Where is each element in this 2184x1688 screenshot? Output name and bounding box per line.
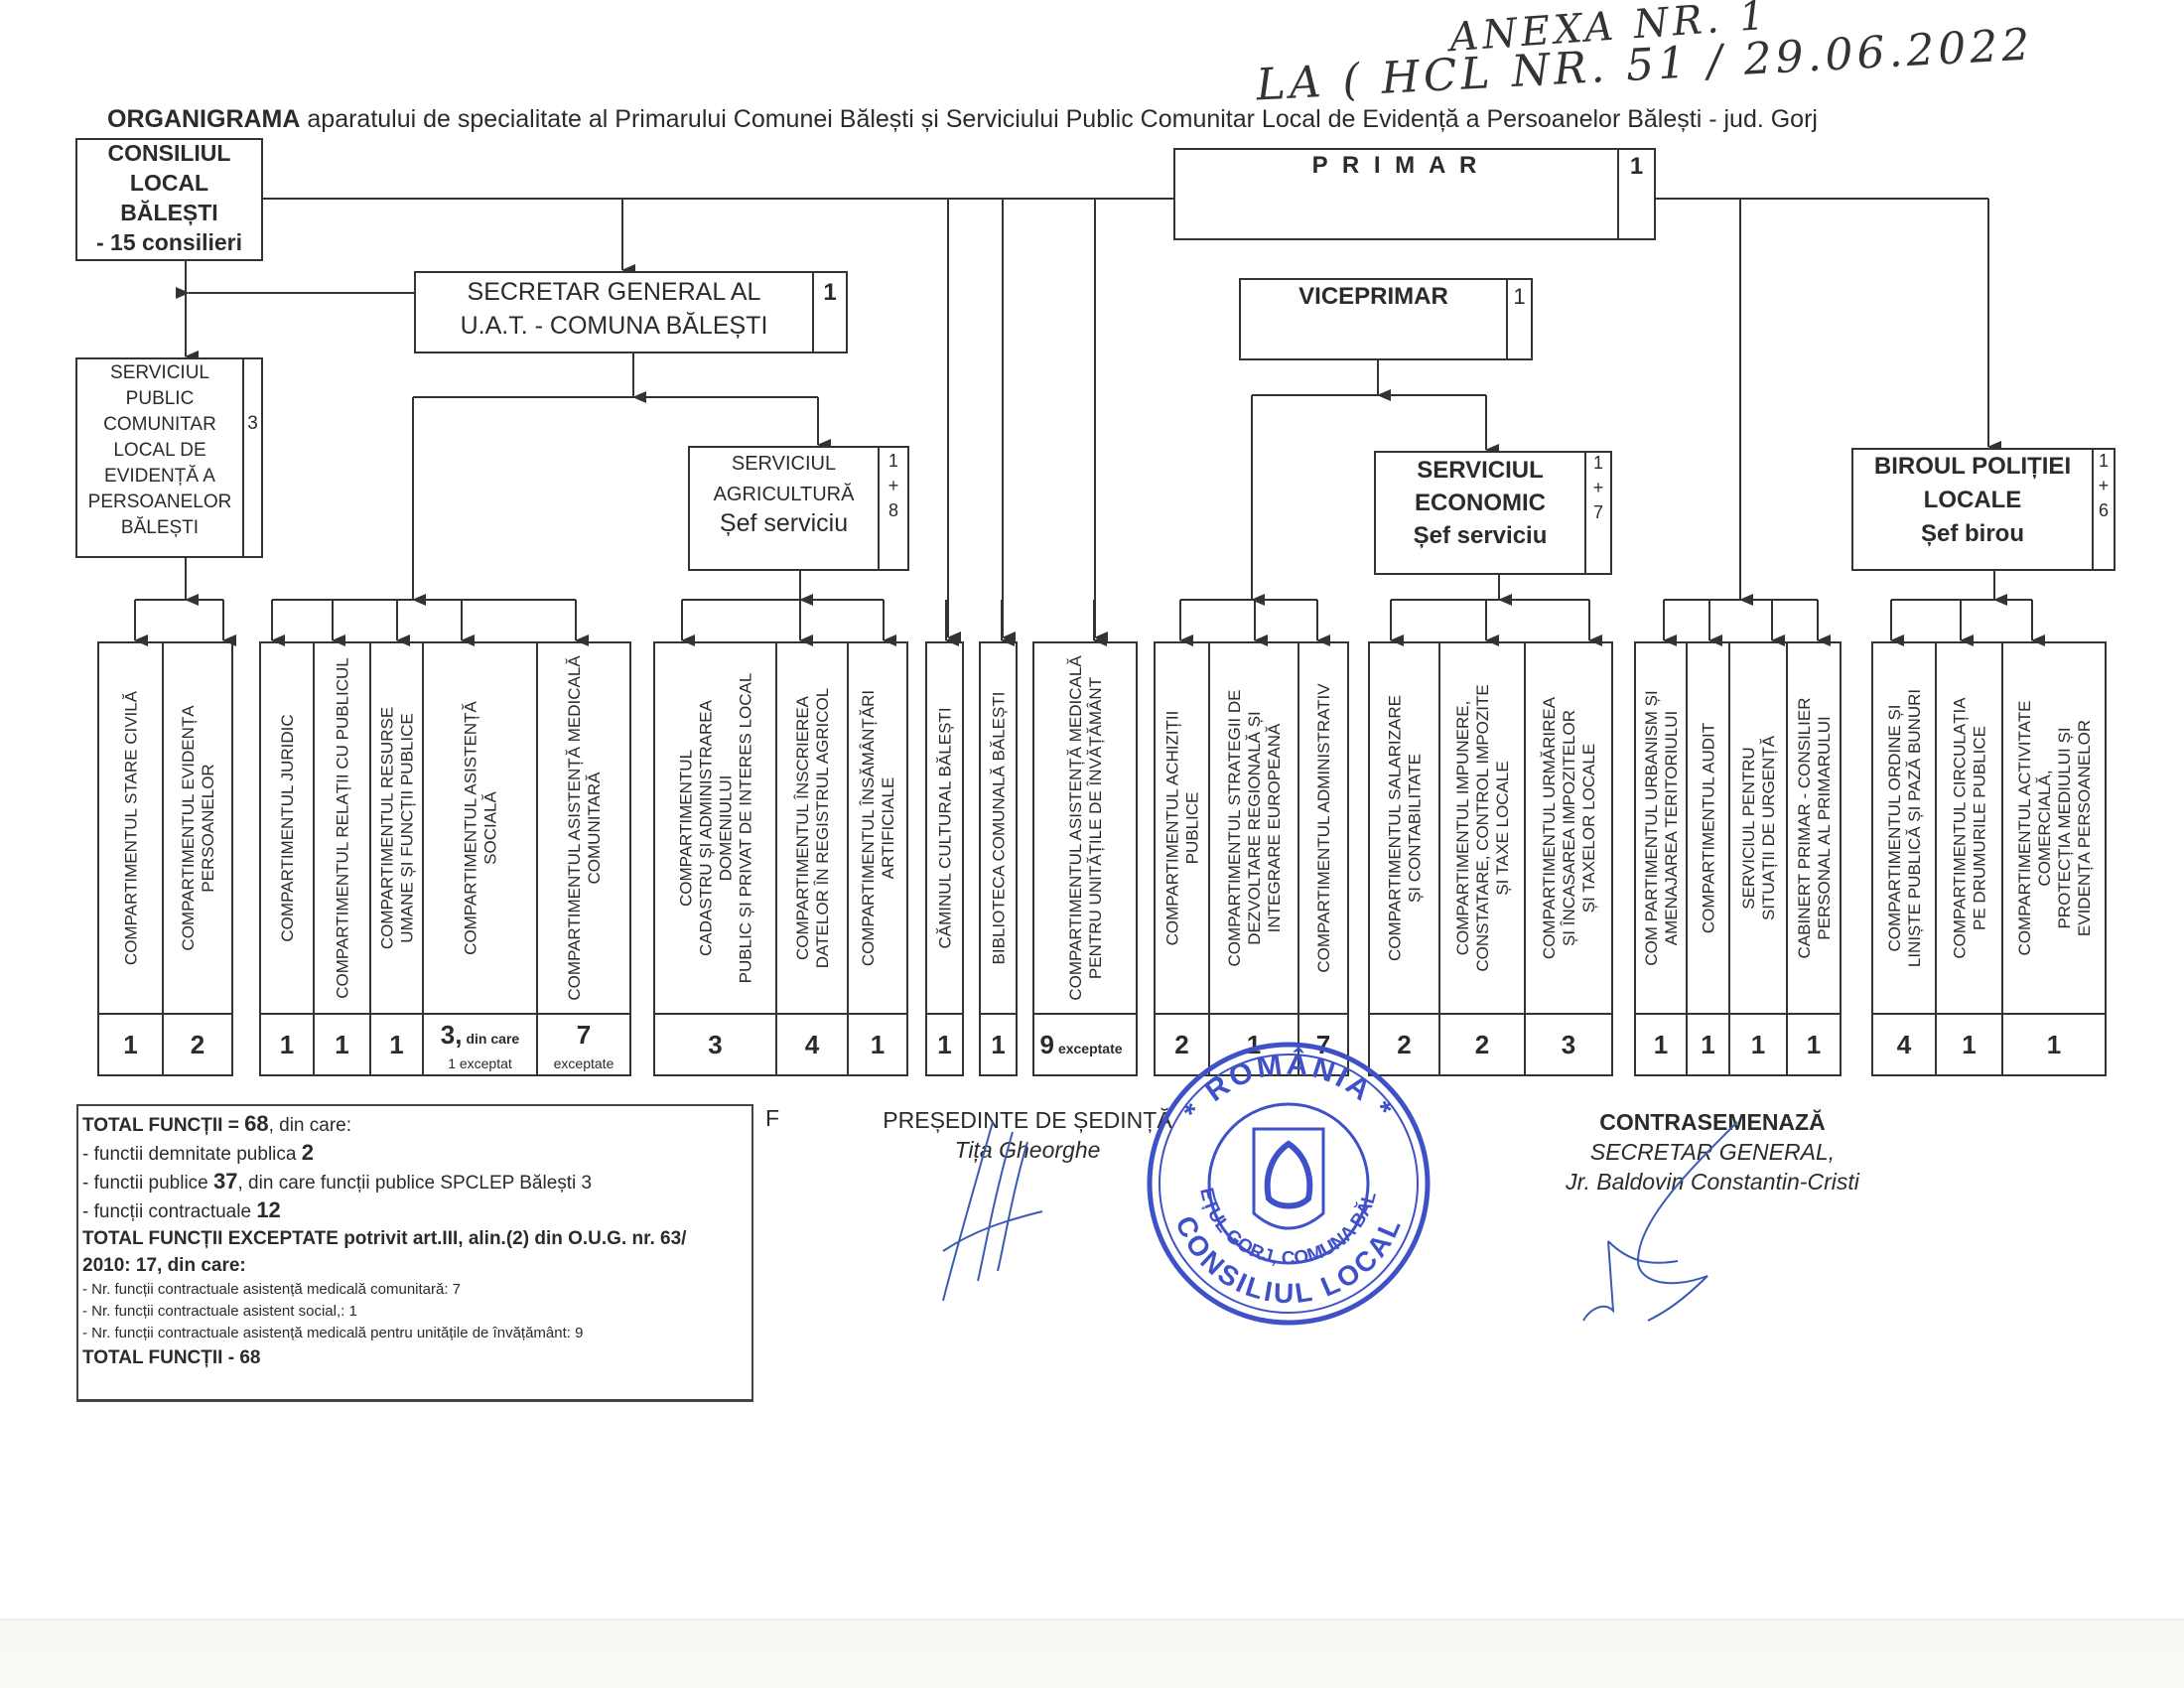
secretar-general-box-label: U.A.T. - COMUNA BĂLEȘTI [461, 311, 768, 340]
compartment-count: 1 [280, 1030, 294, 1059]
birou-politie-locale-box-count: 1 [2099, 451, 2109, 471]
compartment-group: COMPARTIMENTUL ASISTENȚĂ MEDICALĂPENTRU … [1033, 642, 1137, 1075]
serviciul-agricultura-box: SERVICIULAGRICULTURĂȘef serviciu1+8 [689, 447, 908, 570]
compartment-cell: COMPARTIMENTUL RELAȚII CU PUBLICUL1 [334, 657, 352, 1059]
compartment-note: exceptate [554, 1055, 614, 1071]
compartment-cell: COMPARTIMENTUL STARE CIVILĂ1 [122, 690, 141, 1059]
compartment-label: COMPARTIMENTUL RELAȚII CU PUBLICUL [334, 657, 352, 999]
compartment-label: COMPARTIMENTUL ORDINE ȘI [1885, 704, 1904, 951]
compartment-count: 1 [1751, 1030, 1765, 1059]
serviciul-economic-box-label: ECONOMIC [1415, 490, 1546, 516]
viceprimar-box-count: 1 [1513, 284, 1525, 309]
serviciul-agricultura-box-count: 8 [888, 500, 898, 520]
spclep-box: SERVICIULPUBLICCOMUNITARLOCAL DEEVIDENȚĂ… [76, 358, 262, 557]
compartment-cell: COMPARTIMENTUL ACTIVITATECOMERCIALĂ,PROT… [2015, 701, 2094, 1059]
viceprimar-box: VICEPRIMAR1 [1240, 279, 1532, 359]
compartment-label: DEZVOLTARE REGIONALĂ ȘI [1245, 711, 1264, 945]
totals-line-final: TOTAL FUNCȚII - 68 [82, 1344, 748, 1371]
compartment-label: COMERCIALĂ, [2035, 770, 2054, 886]
spclep-box-label: EVIDENȚĂ A [104, 466, 215, 487]
compartment-label: ȘI CONTABILITATE [1406, 754, 1425, 903]
totals-line-exceptate: TOTAL FUNCȚII EXCEPTATE potrivit art.III… [82, 1225, 748, 1252]
compartment-cell: COMPARTIMENTUL CIRCULAȚIAPE DRUMURILE PU… [1951, 697, 1989, 1059]
compartment-cell: COMPARTIMENTUL IMPUNERE,CONSTATARE, CONT… [1453, 684, 1512, 1059]
compartment-cell: COMPARTIMENTUL STRATEGII DEDEZVOLTARE RE… [1225, 690, 1284, 1059]
compartment-label: COMPARTIMENTUL ÎNSĂMÂNȚĂRI [859, 690, 878, 966]
compartment-count: 1 [937, 1030, 951, 1059]
birou-politie-locale-box-count: 6 [2099, 500, 2109, 520]
compartment-label: COMPARTIMENTUL CIRCULAȚIA [1951, 697, 1970, 959]
compartment-group: COMPARTIMENTUL ACHIZIȚIIPUBLICE2COMPARTI… [1155, 642, 1348, 1075]
birou-politie-locale-box-label: LOCALE [1924, 487, 2022, 513]
scan-bottom-edge [0, 1618, 2184, 1688]
birou-politie-locale-box-count: + [2099, 476, 2110, 495]
secretar-general-box: SECRETAR GENERAL ALU.A.T. - COMUNA BĂLEȘ… [415, 272, 847, 352]
compartment-label: SOCIALĂ [481, 790, 500, 864]
consiliu-local-box-label: CONSILIUL [108, 140, 231, 166]
compartment-label: CONSTATARE, CONTROL IMPOZITE [1473, 684, 1492, 971]
compartment-count: 1 [991, 1030, 1005, 1059]
spclep-box-label: PERSOANELOR [88, 492, 232, 512]
compartment-label: CABINERT PRIMAR - CONSILIER [1795, 698, 1814, 959]
compartment-note: 1 exceptat [448, 1055, 512, 1071]
spclep-box-count: 3 [247, 413, 258, 434]
compartment-cell: COMPARTIMENTUL ÎNSCRIEREADATELOR ÎN REGI… [793, 688, 832, 1059]
totals-line-exceptate-cont: 2010: 17, din care: [82, 1252, 748, 1279]
compartment-count: 2 [1475, 1030, 1489, 1059]
compartment-cell: COMPARTIMENTUL ACHIZIȚIIPUBLICE2 [1163, 711, 1202, 1059]
compartment-count: 1 [2047, 1030, 2061, 1059]
org-chart: CONSILIULLOCALBĂLEȘTI- 15 consilieriP R … [0, 0, 2184, 1688]
president-signature-icon [933, 1112, 1072, 1311]
compartment-cell: BIBLIOTECA COMUNALĂ BĂLEȘTI1 [990, 692, 1009, 1059]
compartment-cell: COMPARTIMENTUL URMĂRIREAȘI ÎNCASAREA IMP… [1540, 696, 1598, 1059]
compartment-cell: COMPARTIMENTUL EVIDENȚAPERSOANELOR2 [179, 705, 217, 1059]
compartment-label: ȘI ÎNCASAREA IMPOZITELOR [1560, 710, 1578, 946]
compartment-count: 2 [191, 1030, 205, 1059]
spclep-box-label: COMUNITAR [103, 414, 216, 435]
compartment-count: 1 [1654, 1030, 1668, 1059]
compartment-label: COMPARTIMENTUL EVIDENȚA [179, 705, 198, 951]
compartment-label: COMPARTIMENTUL STRATEGII DE [1225, 690, 1244, 967]
compartment-count: 1 [335, 1030, 348, 1059]
compartment-cell: CĂMINUL CULTURAL BĂLEȘTI1 [936, 707, 955, 1059]
compartment-label: COMPARTIMENTUL STARE CIVILĂ [122, 690, 141, 965]
compartment-count: 3 [708, 1030, 722, 1059]
compartment-cell: COMPARTIMENTUL ADMINISTRATIV7 [1314, 683, 1333, 1059]
organigram-page: ANEXA NR. 1 LA ( HCL NR. 51 / 29.06.2022… [0, 0, 2184, 1688]
totals-line-publice: - functii publice 37, din care funcții p… [82, 1168, 748, 1196]
compartment-label: SERVICIUL PENTRU [1739, 747, 1758, 909]
compartment-label: COMPARTIMENTUL ASISTENȚĂ [462, 701, 480, 955]
totals-line-as: - Nr. funcții contractuale asistent soci… [82, 1301, 748, 1323]
compartment-cell: COMPARTIMENTUL ASISTENȚĂ MEDICALĂCOMUNIT… [554, 655, 614, 1071]
totals-line-amc: - Nr. funcții contractuale asistență med… [82, 1279, 748, 1301]
stray-letter: F [765, 1105, 779, 1132]
compartment-label: COMUNITARĂ [585, 772, 604, 885]
compartment-label: COMPARTIMENTUL SALARIZARE [1386, 695, 1405, 961]
serviciul-agricultura-box-count: 1 [888, 451, 898, 471]
compartment-label: COMPARTIMENTUL URMĂRIREA [1540, 696, 1559, 959]
compartment-label: LINIȘTE PUBLICĂ ȘI PAZĂ BUNURI [1905, 689, 1924, 967]
compartment-label: ARTIFICIALE [879, 777, 897, 880]
compartment-label: COMPARTIMENTUL ASISTENȚĂ MEDICALĂ [565, 655, 584, 1001]
compartment-group: BIBLIOTECA COMUNALĂ BĂLEȘTI1 [980, 642, 1017, 1075]
serviciul-economic-box-count: + [1593, 478, 1604, 497]
compartment-cell: COMPARTIMENTULCADASTRU ȘI ADMINISTRAREAD… [677, 673, 755, 1059]
compartment-label: SITUAȚII DE URGENȚĂ [1759, 735, 1778, 920]
compartment-label: PUBLIC ȘI PRIVAT DE INTERES LOCAL [737, 673, 755, 984]
compartment-cell: COMPARTIMENTUL ASISTENȚĂ MEDICALĂPENTRU … [1039, 655, 1122, 1059]
compartment-count: 4 [805, 1030, 820, 1059]
compartment-label: PE DRUMURILE PUBLICE [1971, 726, 1989, 930]
compartment-group: COMPARTIMENTUL JURIDIC1COMPARTIMENTUL RE… [260, 642, 630, 1075]
spclep-box-label: BĂLEȘTI [121, 517, 199, 538]
serviciul-economic-box-count: 1 [1593, 453, 1603, 473]
compartment-count: 1 [871, 1030, 885, 1059]
compartment-label: COMPARTIMENTUL IMPUNERE, [1453, 701, 1472, 956]
compartment-label: COM PARTIMENTUL URBANISM ȘI [1642, 690, 1661, 965]
compartment-label: DATELOR ÎN REGISTRUL AGRICOL [813, 688, 832, 968]
compartment-cell: COMPARTIMENTUL SALARIZAREȘI CONTABILITAT… [1386, 695, 1425, 1059]
serviciul-agricultura-box-label: Șef serviciu [720, 509, 848, 537]
compartment-group: COMPARTIMENTUL SALARIZAREȘI CONTABILITAT… [1369, 642, 1612, 1075]
serviciul-economic-box: SERVICIULECONOMICȘef serviciu1+7 [1375, 452, 1611, 574]
compartment-cell: COMPARTIMENTUL RESURSEUMANE ȘI FUNCȚII P… [378, 707, 417, 1059]
serviciul-agricultura-box-count: + [888, 476, 899, 495]
compartment-label: PROTECȚIA MEDIULUI ȘI [2055, 727, 2074, 928]
compartment-label: PENTRU UNITĂȚILE DE ÎNVĂȚĂMÂNT [1086, 677, 1105, 979]
compartment-label: PERSONAL AL PRIMARULUI [1815, 716, 1834, 939]
compartment-group: COMPARTIMENTUL ORDINE ȘILINIȘTE PUBLICĂ … [1872, 642, 2106, 1075]
compartment-label: COMPARTIMENTUL [677, 750, 696, 907]
compartment-cell: COMPARTIMENTUL JURIDIC1 [278, 714, 297, 1059]
compartment-label: COMPARTIMENTUL AUDIT [1700, 723, 1718, 933]
compartment-label: COMPARTIMENTUL ASISTENȚĂ MEDICALĂ [1066, 655, 1085, 1001]
compartment-count: 1 [1807, 1030, 1821, 1059]
serviciul-economic-box-count: 7 [1593, 502, 1603, 522]
compartment-cell: COMPARTIMENTUL AUDIT1 [1700, 723, 1718, 1059]
compartment-label: COMPARTIMENTUL ACHIZIȚII [1163, 711, 1182, 946]
compartment-cell: COM PARTIMENTUL URBANISM ȘIAMENAJAREA TE… [1642, 690, 1681, 1059]
compartment-count: 1 [389, 1030, 403, 1059]
totals-line-total: TOTAL FUNCȚII = 68, din care: [82, 1110, 748, 1139]
compartment-label: UMANE ȘI FUNCȚII PUBLICE [398, 713, 417, 942]
compartment-count: 1 [1701, 1030, 1714, 1059]
secretar-general-box-count: 1 [823, 279, 836, 306]
totals-line-ami: - Nr. funcții contractuale asistență med… [82, 1323, 748, 1344]
compartment-count: 1 [1962, 1030, 1976, 1059]
compartment-label: BIBLIOTECA COMUNALĂ BĂLEȘTI [990, 692, 1009, 965]
primar-box-label: P R I M A R [1312, 152, 1481, 179]
compartment-count: 7 [577, 1020, 591, 1050]
consiliu-local-box-label: - 15 consilieri [96, 229, 242, 255]
totals-line-demnitate: - functii demnitate publica 2 [82, 1139, 748, 1168]
compartment-count: 3 [1562, 1030, 1575, 1059]
compartment-cell: SERVICIUL PENTRUSITUAȚII DE URGENȚĂ1 [1739, 735, 1778, 1059]
compartment-cell: COMPARTIMENTUL ORDINE ȘILINIȘTE PUBLICĂ … [1885, 689, 1924, 1059]
secretar-general-box-label: SECRETAR GENERAL AL [468, 278, 761, 306]
totals-line-contractuale: - funcții contractuale 12 [82, 1196, 748, 1225]
serviciul-agricultura-box-label: SERVICIUL [732, 453, 836, 475]
compartment-label: CADASTRU ȘI ADMINISTRAREA [697, 699, 716, 956]
birou-politie-locale-box-label: BIROUL POLIȚIEI [1874, 453, 2071, 480]
compartment-label: COMPARTIMENTUL RESURSE [378, 707, 397, 949]
compartment-label: ȘI TAXE LOCALE [1493, 761, 1512, 895]
compartment-label: PUBLICE [1183, 792, 1202, 865]
compartment-cell: COMPARTIMENTUL ÎNSĂMÂNȚĂRIARTIFICIALE1 [859, 690, 897, 1059]
compartment-label: EVIDENȚA PERSOANELOR [2075, 720, 2094, 936]
compartment-group: COM PARTIMENTUL URBANISM ȘIAMENAJAREA TE… [1635, 642, 1841, 1075]
spclep-box-label: SERVICIUL [110, 362, 209, 383]
compartment-label: COMPARTIMENTUL JURIDIC [278, 714, 297, 941]
compartment-label: AMENAJAREA TERITORIULUI [1662, 711, 1681, 945]
compartment-group: CĂMINUL CULTURAL BĂLEȘTI1 [926, 642, 963, 1075]
compartment-label: COMPARTIMENTUL ACTIVITATE [2015, 701, 2034, 956]
birou-politie-locale-box: BIROUL POLIȚIEILOCALEȘef birou1+6 [1852, 449, 2115, 570]
consiliu-local-box: CONSILIULLOCALBĂLEȘTI- 15 consilieri [76, 139, 262, 260]
compartment-label: INTEGRARE EUROPEANĂ [1265, 723, 1284, 932]
compartment-label: ȘI TAXELOR LOCALE [1579, 744, 1598, 913]
compartment-count: 1 [123, 1030, 137, 1059]
compartment-label: COMPARTIMENTUL ÎNSCRIEREA [793, 695, 812, 960]
official-stamp-icon: * ROMÂNIA * JUDEȚUL GORJ, COMUNA BĂLEȘTI… [1140, 1035, 1437, 1333]
totals-summary-box: TOTAL FUNCȚII = 68, din care: - functii … [76, 1104, 753, 1402]
consiliu-local-box-label: BĂLEȘTI [120, 199, 217, 226]
compartment-count: 3,din care [441, 1020, 520, 1050]
spclep-box-label: LOCAL DE [113, 440, 205, 461]
compartment-group: COMPARTIMENTUL STARE CIVILĂ1COMPARTIMENT… [98, 642, 232, 1075]
birou-politie-locale-box-label: Șef birou [1921, 520, 2024, 547]
serviciul-economic-box-label: Șef serviciu [1414, 522, 1548, 549]
compartment-count: 4 [1897, 1030, 1912, 1059]
viceprimar-box-label: VICEPRIMAR [1298, 283, 1448, 310]
primar-box-count: 1 [1630, 153, 1643, 180]
svg-text:* ROMÂNIA *: * ROMÂNIA * [1177, 1047, 1400, 1126]
compartment-cell: CABINERT PRIMAR - CONSILIERPERSONAL AL P… [1795, 698, 1834, 1059]
spclep-box-label: PUBLIC [126, 388, 195, 409]
serviciul-agricultura-box-label: AGRICULTURĂ [714, 483, 856, 505]
compartment-count: 9exceptate [1039, 1030, 1122, 1059]
primar-box: P R I M A R1 [1174, 149, 1655, 239]
serviciul-economic-box-label: SERVICIUL [1417, 457, 1544, 484]
consiliu-local-box-label: LOCAL [130, 170, 208, 196]
compartment-group: COMPARTIMENTULCADASTRU ȘI ADMINISTRAREAD… [654, 642, 907, 1075]
secretary-signature-icon [1569, 1112, 1807, 1331]
compartment-label: CĂMINUL CULTURAL BĂLEȘTI [936, 707, 955, 948]
compartment-label: PERSOANELOR [199, 764, 217, 892]
compartment-label: DOMENIULUI [717, 775, 736, 882]
compartment-label: COMPARTIMENTUL ADMINISTRATIV [1314, 683, 1333, 973]
compartment-cell: COMPARTIMENTUL ASISTENȚĂSOCIALĂ3,din car… [441, 701, 520, 1071]
